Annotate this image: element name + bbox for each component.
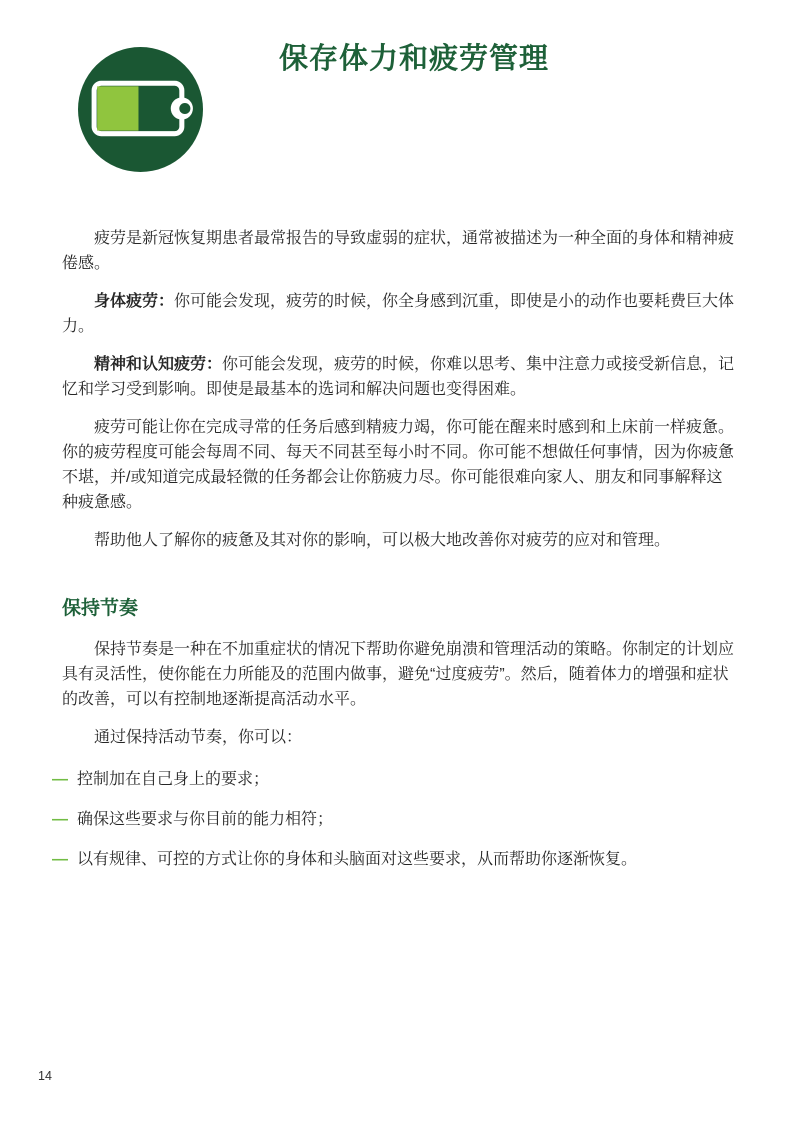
page-title: 保存体力和疲劳管理: [279, 40, 549, 78]
section-paragraph: 通过保持活动节奏，你可以：: [62, 725, 738, 750]
bullet-list: — 控制加在自己身上的要求； — 确保这些要求与你目前的能力相符； — 以有规律…: [62, 767, 738, 872]
paragraph-text: 帮助他人了解你的疲惫及其对你的影响，可以极大地改善你对疲劳的应对和管理。: [94, 532, 670, 549]
bullet-text: 控制加在自己身上的要求；: [77, 767, 738, 792]
document-page: 保存体力和疲劳管理 疲劳是新冠恢复期患者最常报告的导致虚弱的症状，通常被描述为一…: [0, 0, 800, 1130]
section-heading: 保持节奏: [62, 597, 738, 621]
paragraph-bold-label: 身体疲劳：: [94, 293, 174, 310]
page-header: 保存体力和疲劳管理: [0, 0, 800, 180]
paragraph-bold-label: 精神和认知疲劳：: [94, 356, 222, 373]
bullet-text: 以有规律、可控的方式让你的身体和头脑面对这些要求，从而帮助你逐渐恢复。: [77, 847, 738, 872]
bullet-item: — 确保这些要求与你目前的能力相符；: [52, 807, 738, 832]
dash-bullet-icon: —: [52, 847, 77, 872]
intro-paragraph: 精神和认知疲劳：你可能会发现，疲劳的时候，你难以思考、集中注意力或接受新信息，记…: [62, 352, 738, 402]
bullet-item: — 控制加在自己身上的要求；: [52, 767, 738, 792]
intro-paragraph: 帮助他人了解你的疲惫及其对你的影响，可以极大地改善你对疲劳的应对和管理。: [62, 528, 738, 553]
intro-paragraph: 身体疲劳：你可能会发现，疲劳的时候，你全身感到沉重，即使是小的动作也要耗费巨大体…: [62, 289, 738, 339]
section-paragraph: 保持节奏是一种在不加重症状的情况下帮助你避免崩溃和管理活动的策略。你制定的计划应…: [62, 637, 738, 712]
dash-bullet-icon: —: [52, 767, 77, 792]
intro-paragraph: 疲劳可能让你在完成寻常的任务后感到精疲力竭，你可能在醒来时感到和上床前一样疲惫。…: [62, 415, 738, 515]
paragraph-text: 疲劳是新冠恢复期患者最常报告的导致虚弱的症状，通常被描述为一种全面的身体和精神疲…: [62, 230, 734, 272]
bullet-item: — 以有规律、可控的方式让你的身体和头脑面对这些要求，从而帮助你逐渐恢复。: [52, 847, 738, 872]
bullet-text: 确保这些要求与你目前的能力相符；: [77, 807, 738, 832]
page-body: 疲劳是新冠恢复期患者最常报告的导致虚弱的症状，通常被描述为一种全面的身体和精神疲…: [62, 226, 738, 887]
intro-paragraph: 疲劳是新冠恢复期患者最常报告的导致虚弱的症状，通常被描述为一种全面的身体和精神疲…: [62, 226, 738, 276]
paragraph-text: 疲劳可能让你在完成寻常的任务后感到精疲力竭，你可能在醒来时感到和上床前一样疲惫。…: [62, 419, 734, 511]
dash-bullet-icon: —: [52, 807, 77, 832]
page-number: 14: [38, 1069, 52, 1083]
battery-half-charged-icon: [78, 47, 203, 172]
